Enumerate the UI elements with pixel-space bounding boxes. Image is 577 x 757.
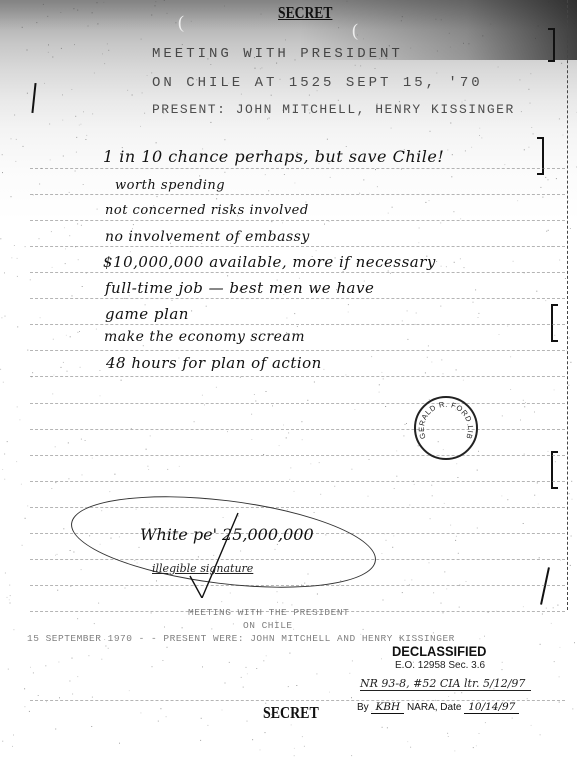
ruled-line <box>30 350 565 351</box>
margin-bracket <box>551 451 558 489</box>
note-line-6: full-time job — best men we have <box>105 279 374 297</box>
ruled-line <box>30 376 565 377</box>
library-stamp: GERALD R. FORD LIBRARY <box>414 396 478 460</box>
declassification-reference: NR 93-8, #52 CIA ltr. 5/12/97 <box>360 677 531 691</box>
svg-text:GERALD R. FORD LIBRARY: GERALD R. FORD LIBRARY <box>416 398 475 441</box>
ruled-line <box>30 481 565 482</box>
typed-subject: ON CHILE <box>243 620 293 631</box>
classification-stamp-top: SECRET <box>278 3 332 23</box>
note-line-9: 48 hours for plan of action <box>106 354 322 372</box>
ruled-line <box>30 246 565 247</box>
margin-mark <box>31 83 36 113</box>
margin-mark <box>540 567 550 605</box>
library-stamp-text: GERALD R. FORD LIBRARY <box>416 398 476 458</box>
note-line-2: worth spending <box>115 178 225 193</box>
by-initials: KBH <box>371 701 404 714</box>
hole-punch-mark: ( <box>178 12 184 33</box>
margin-bracket <box>548 28 555 62</box>
ruled-line <box>30 168 565 169</box>
declassification-authority: E.O. 12958 Sec. 3.6 <box>395 660 485 671</box>
note-line-5: $10,000,000 available, more if necessary <box>103 253 436 271</box>
annotation-amount: White pe' 25,000,000 <box>140 525 314 544</box>
check-mark <box>180 508 240 598</box>
ruled-line <box>30 403 565 404</box>
ruled-line <box>30 272 565 273</box>
header-subject-date: ON CHILE AT 1525 SEPT 15, '70 <box>152 75 483 91</box>
typed-attendees: 15 SEPTEMBER 1970 - - PRESENT WERE: JOHN… <box>27 633 455 644</box>
note-line-3: not concerned risks involved <box>105 203 309 218</box>
by-label: By <box>357 702 369 713</box>
hole-punch-mark: ( <box>352 20 358 41</box>
note-line-8: make the economy scream <box>104 329 305 345</box>
declassified-stamp: DECLASSIFIED <box>392 643 486 659</box>
margin-bracket <box>537 137 544 175</box>
declassification-signoff: By KBH NARA, Date 10/14/97 <box>357 701 519 714</box>
document-page: SECRET ( ( MEETING WITH PRESIDENT ON CHI… <box>0 0 577 757</box>
ruled-line <box>30 455 565 456</box>
note-line-1: 1 in 10 chance perhaps, but save Chile! <box>103 147 444 166</box>
ruled-line <box>30 324 565 325</box>
header-attendees: PRESENT: JOHN MITCHELL, HENRY KISSINGER <box>152 102 515 117</box>
annotation-signature: illegible signature <box>152 562 253 575</box>
ruled-line <box>30 429 565 430</box>
typed-title: MEETING WITH THE PRESIDENT <box>188 607 349 618</box>
margin-bracket <box>551 304 558 342</box>
ruled-line <box>30 220 565 221</box>
page-edge <box>567 0 568 610</box>
classification-stamp-bottom: SECRET <box>263 703 319 723</box>
note-line-4: no involvement of embassy <box>105 229 310 245</box>
header-title: MEETING WITH PRESIDENT <box>152 46 403 62</box>
ruled-line <box>30 194 565 195</box>
declassification-date: 10/14/97 <box>464 701 519 714</box>
note-line-7: game plan <box>105 305 189 323</box>
agency-date-label: NARA, Date <box>407 702 461 713</box>
ruled-line <box>30 298 565 299</box>
